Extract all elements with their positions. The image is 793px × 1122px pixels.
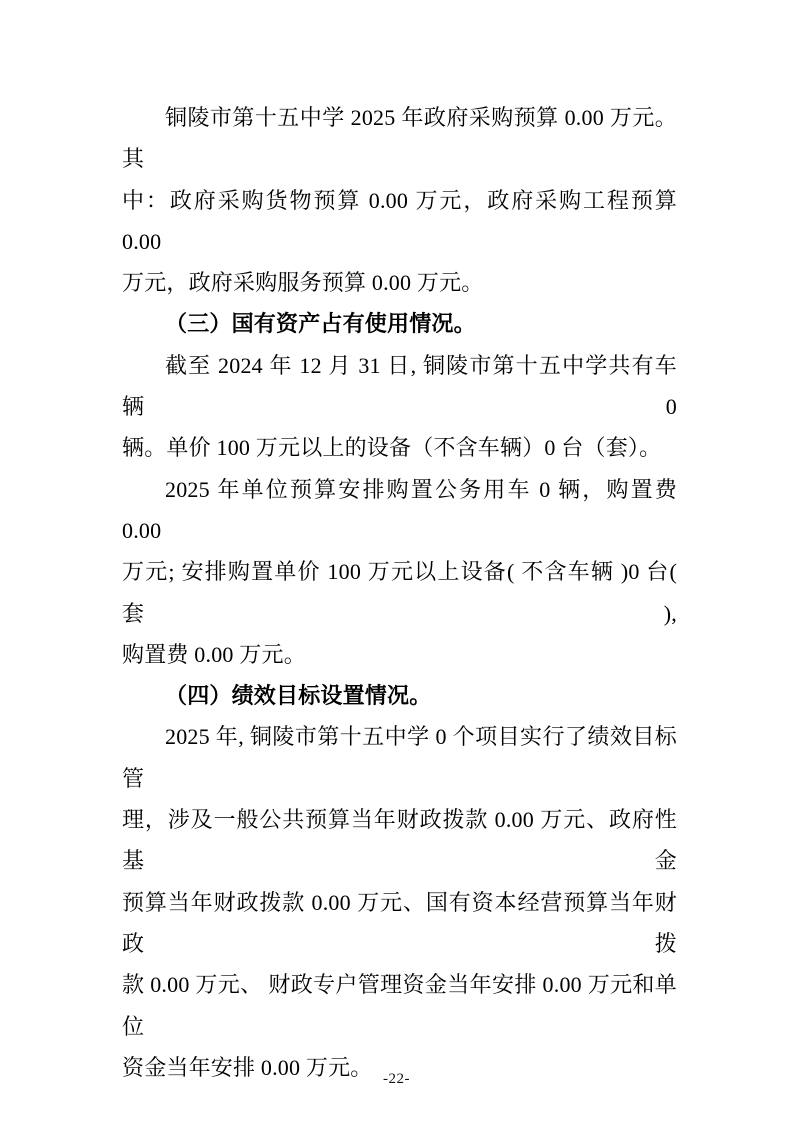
paragraph-performance-targets: 2025 年, 铜陵市第十五中学 0 个项目实行了绩效目标管 理，涉及一般公共预… bbox=[122, 716, 677, 1088]
paragraph-purchase-plan: 2025 年单位预算安排购置公务用车 0 辆，购置费 0.00 万元; 安排购置… bbox=[122, 469, 677, 675]
text-line: 2025 年单位预算安排购置公务用车 0 辆，购置费 0.00 bbox=[122, 469, 677, 552]
text-line: 预算当年财政拨款 0.00 万元、国有资本经营预算当年财政拨 bbox=[122, 882, 677, 965]
document-content: 铜陵市第十五中学 2025 年政府采购预算 0.00 万元。其 中：政府采购货物… bbox=[122, 97, 677, 1088]
text-line: 购置费 0.00 万元。 bbox=[122, 634, 677, 675]
heading-section-3-state-assets: （三）国有资产占有使用情况。 bbox=[122, 303, 677, 344]
text-line: 万元; 安排购置单价 100 万元以上设备( 不含车辆 )0 台( 套 ), bbox=[122, 551, 677, 634]
text-line: 辆。单价 100 万元以上的设备（不含车辆）0 台（套）。 bbox=[122, 427, 677, 468]
text-line: 中：政府采购货物预算 0.00 万元，政府采购工程预算 0.00 bbox=[122, 180, 677, 263]
paragraph-gov-procurement: 铜陵市第十五中学 2025 年政府采购预算 0.00 万元。其 中：政府采购货物… bbox=[122, 97, 677, 303]
text-line: 万元，政府采购服务预算 0.00 万元。 bbox=[122, 262, 677, 303]
heading-section-4-performance-targets: （四）绩效目标设置情况。 bbox=[122, 675, 677, 716]
text-line: 截至 2024 年 12 月 31 日, 铜陵市第十五中学共有车辆 0 bbox=[122, 345, 677, 428]
text-line: 理，涉及一般公共预算当年财政拨款 0.00 万元、政府性基金 bbox=[122, 799, 677, 882]
text-line: 2025 年, 铜陵市第十五中学 0 个项目实行了绩效目标管 bbox=[122, 716, 677, 799]
text-line: 铜陵市第十五中学 2025 年政府采购预算 0.00 万元。其 bbox=[122, 97, 677, 180]
page-number: -22- bbox=[0, 1071, 793, 1088]
text-line: 款 0.00 万元、 财政专户管理资金当年安排 0.00 万元和单位 bbox=[122, 964, 677, 1047]
paragraph-state-assets: 截至 2024 年 12 月 31 日, 铜陵市第十五中学共有车辆 0 辆。单价… bbox=[122, 345, 677, 469]
document-page: 铜陵市第十五中学 2025 年政府采购预算 0.00 万元。其 中：政府采购货物… bbox=[0, 0, 793, 1122]
